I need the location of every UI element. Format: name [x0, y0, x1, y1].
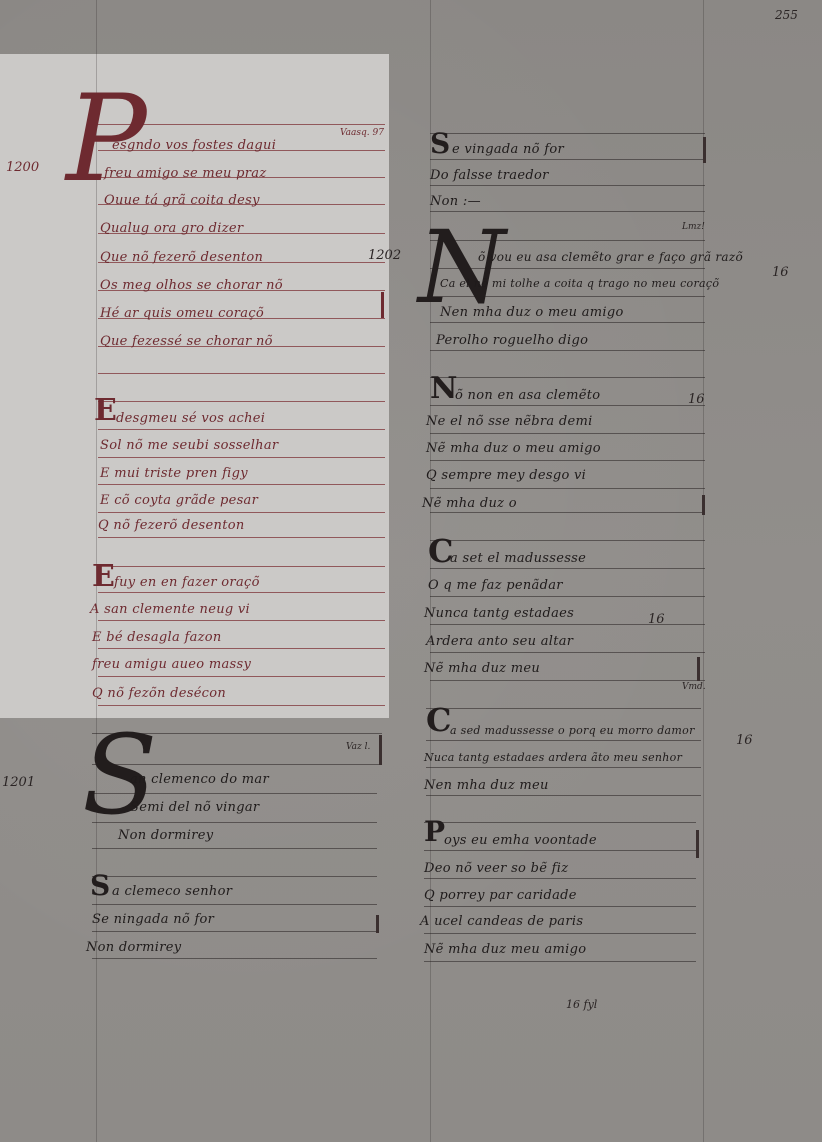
rule-line — [424, 933, 696, 934]
rule-line — [424, 850, 696, 851]
margin-note: 16 — [688, 392, 705, 407]
verse-line: A san clemente neug vi — [90, 602, 250, 617]
rule-line — [98, 705, 385, 706]
margin-note: Lmz! — [682, 222, 705, 232]
poem-number-1202: 1202 — [368, 248, 401, 263]
verse-line: a set el madussesse — [450, 551, 586, 566]
rule-line — [426, 795, 701, 796]
rule-line — [92, 904, 377, 905]
initial-s: S — [430, 130, 450, 158]
rule-line — [98, 484, 385, 485]
verse-line: E cõ coyta grãde pesar — [100, 493, 258, 508]
rule-line — [424, 906, 696, 907]
illuminated-initial-n: N — [418, 218, 506, 318]
verse-line: Nẽ mha duz o — [422, 496, 517, 511]
rule-line — [424, 961, 696, 962]
rule-line — [98, 457, 385, 458]
verse-line: e vingada nõ for — [452, 142, 564, 157]
margin-note: 16 — [648, 612, 665, 627]
rule-line — [430, 185, 705, 186]
verse-line: Se ningada nõ for — [92, 912, 214, 927]
rule-line — [98, 512, 385, 513]
verse-line: õ vou eu asa clemẽto grar e faço grã raz… — [478, 250, 743, 264]
verse-line: oys eu emha voontade — [444, 833, 597, 848]
verse-line: E mui triste pren figy — [100, 466, 248, 481]
verse-line: Nunca tantg estadaes — [424, 606, 574, 621]
margin-note: Vaasq. 97 — [340, 128, 384, 138]
verse-line: Ouue tá grã coita desy — [104, 193, 260, 208]
verse-line: Q porrey par caridade — [424, 888, 577, 903]
verse-line: desgmeu sé vos achei — [116, 411, 265, 426]
verse-line: Q nõ fezerõ desenton — [98, 518, 245, 533]
verse-bracket — [703, 137, 706, 163]
verse-bracket — [379, 735, 382, 765]
verse-line: freu amigo se meu praz — [104, 166, 267, 181]
verse-line: Non :— — [430, 194, 481, 209]
verse-line: Semi del nõ vingar — [130, 800, 259, 815]
rule-line — [430, 350, 705, 351]
rule-line — [430, 568, 705, 569]
verse-line: freu amigu aueo massy — [92, 657, 251, 672]
rule-line — [430, 159, 705, 160]
verse-bracket — [697, 657, 700, 681]
rule-line — [98, 620, 385, 621]
rule-line — [92, 931, 377, 932]
folio-number: 255 — [775, 8, 798, 22]
verse-line: Sol nõ me seubi sosselhar — [100, 438, 278, 453]
verse-bracket — [381, 292, 384, 318]
margin-note: Vmd. — [682, 682, 706, 692]
verse-line: Perolho roguelho digo — [436, 333, 588, 348]
verse-line: Que fezessé se chorar nõ — [100, 334, 273, 349]
rule-line — [98, 537, 385, 538]
initial-e: E — [92, 562, 115, 592]
verse-line: Os meg olhos se chorar nõ — [100, 278, 283, 293]
verse-line: Nẽ mha duz meu — [424, 661, 540, 676]
rule-line — [430, 680, 705, 681]
rule-line — [426, 767, 701, 768]
initial-s: S — [90, 872, 110, 900]
rule-line — [98, 401, 385, 402]
verse-line: Que nõ fezerõ desenton — [100, 250, 263, 265]
verse-line: Nuca tantg estadaes ardera ãto meu senho… — [424, 751, 682, 764]
rule-line — [430, 512, 705, 513]
verse-line: Qualug ora gro dizer — [100, 221, 243, 236]
rule-line — [426, 708, 701, 709]
rule-line — [98, 592, 385, 593]
verse-line: Ardera anto seu altar — [426, 634, 573, 649]
verse-bracket — [702, 495, 705, 515]
verse-line: Deo nõ veer so bẽ fiz — [424, 861, 568, 876]
rule-line — [430, 596, 705, 597]
margin-note: Vaz l. — [346, 742, 370, 752]
rule-line — [430, 652, 705, 653]
verse-line: a clemeco senhor — [112, 884, 232, 899]
poem-number-1200: 1200 — [6, 160, 39, 175]
verse-line: O q me faz penãdar — [428, 578, 563, 593]
verse-line: Non dormirey — [86, 940, 181, 955]
rule-line — [92, 848, 377, 849]
rule-line — [430, 433, 705, 434]
verse-line: Nẽ mha duz meu amigo — [424, 942, 586, 957]
verse-line: Q nõ fezõn desécon — [92, 686, 226, 701]
rule-line — [430, 540, 705, 541]
rule-line — [98, 429, 385, 430]
rule-line — [98, 648, 385, 649]
verse-line: Do falsse traedor — [430, 168, 549, 183]
rule-line — [426, 740, 701, 741]
rule-line — [92, 876, 377, 877]
verse-line: E bé desagla fazon — [92, 630, 222, 645]
rule-line — [430, 377, 705, 378]
verse-line: Nen mha duz o meu amigo — [440, 305, 624, 320]
verse-line: Nen mha duz meu — [424, 778, 549, 793]
verse-line: A ucel candeas de paris — [420, 914, 583, 929]
rule-line — [98, 676, 385, 677]
verse-line: an clemenco do mar — [130, 772, 269, 787]
verse-line: Ca el nõ mi tolhe a coita q trago no meu… — [440, 277, 719, 290]
initial-c: C — [426, 704, 451, 736]
verse-bracket — [696, 830, 699, 858]
verse-line: õ non en asa clemẽto — [455, 388, 600, 403]
verse-line: esgndo vos fostes dagui — [112, 138, 276, 153]
rule-line — [98, 566, 385, 567]
rule-line — [424, 878, 696, 879]
initial-n: N — [430, 374, 457, 404]
verse-bracket — [376, 915, 379, 933]
margin-note: 16 — [736, 733, 753, 748]
rule-line — [430, 405, 705, 406]
margin-note: 16 fyl — [566, 998, 597, 1011]
poem-number-1201: 1201 — [2, 775, 35, 790]
verse-line: Ne el nõ sse nẽbra demi — [426, 414, 593, 429]
margin-note: 16 — [772, 265, 789, 280]
rule-line — [92, 958, 377, 959]
verse-line: Nẽ mha duz o meu amigo — [426, 441, 601, 456]
verse-line: Non dormirey — [118, 828, 213, 843]
verse-line: Hé ar quis omeu coraçõ — [100, 306, 264, 321]
initial-p: P — [424, 818, 445, 846]
rule-line — [430, 488, 705, 489]
rule-line — [98, 373, 385, 374]
verse-line: a sed madussesse o porq eu morro damor — [450, 724, 695, 737]
highlighted-region — [0, 54, 389, 718]
verse-line: Q sempre mey desgo vi — [426, 468, 586, 483]
initial-e: E — [94, 396, 117, 426]
right-margin-line — [703, 0, 704, 1142]
rule-line — [424, 822, 696, 823]
rule-line — [430, 133, 705, 134]
verse-line: fuy en en fazer oraçõ — [114, 575, 260, 590]
rule-line — [430, 460, 705, 461]
